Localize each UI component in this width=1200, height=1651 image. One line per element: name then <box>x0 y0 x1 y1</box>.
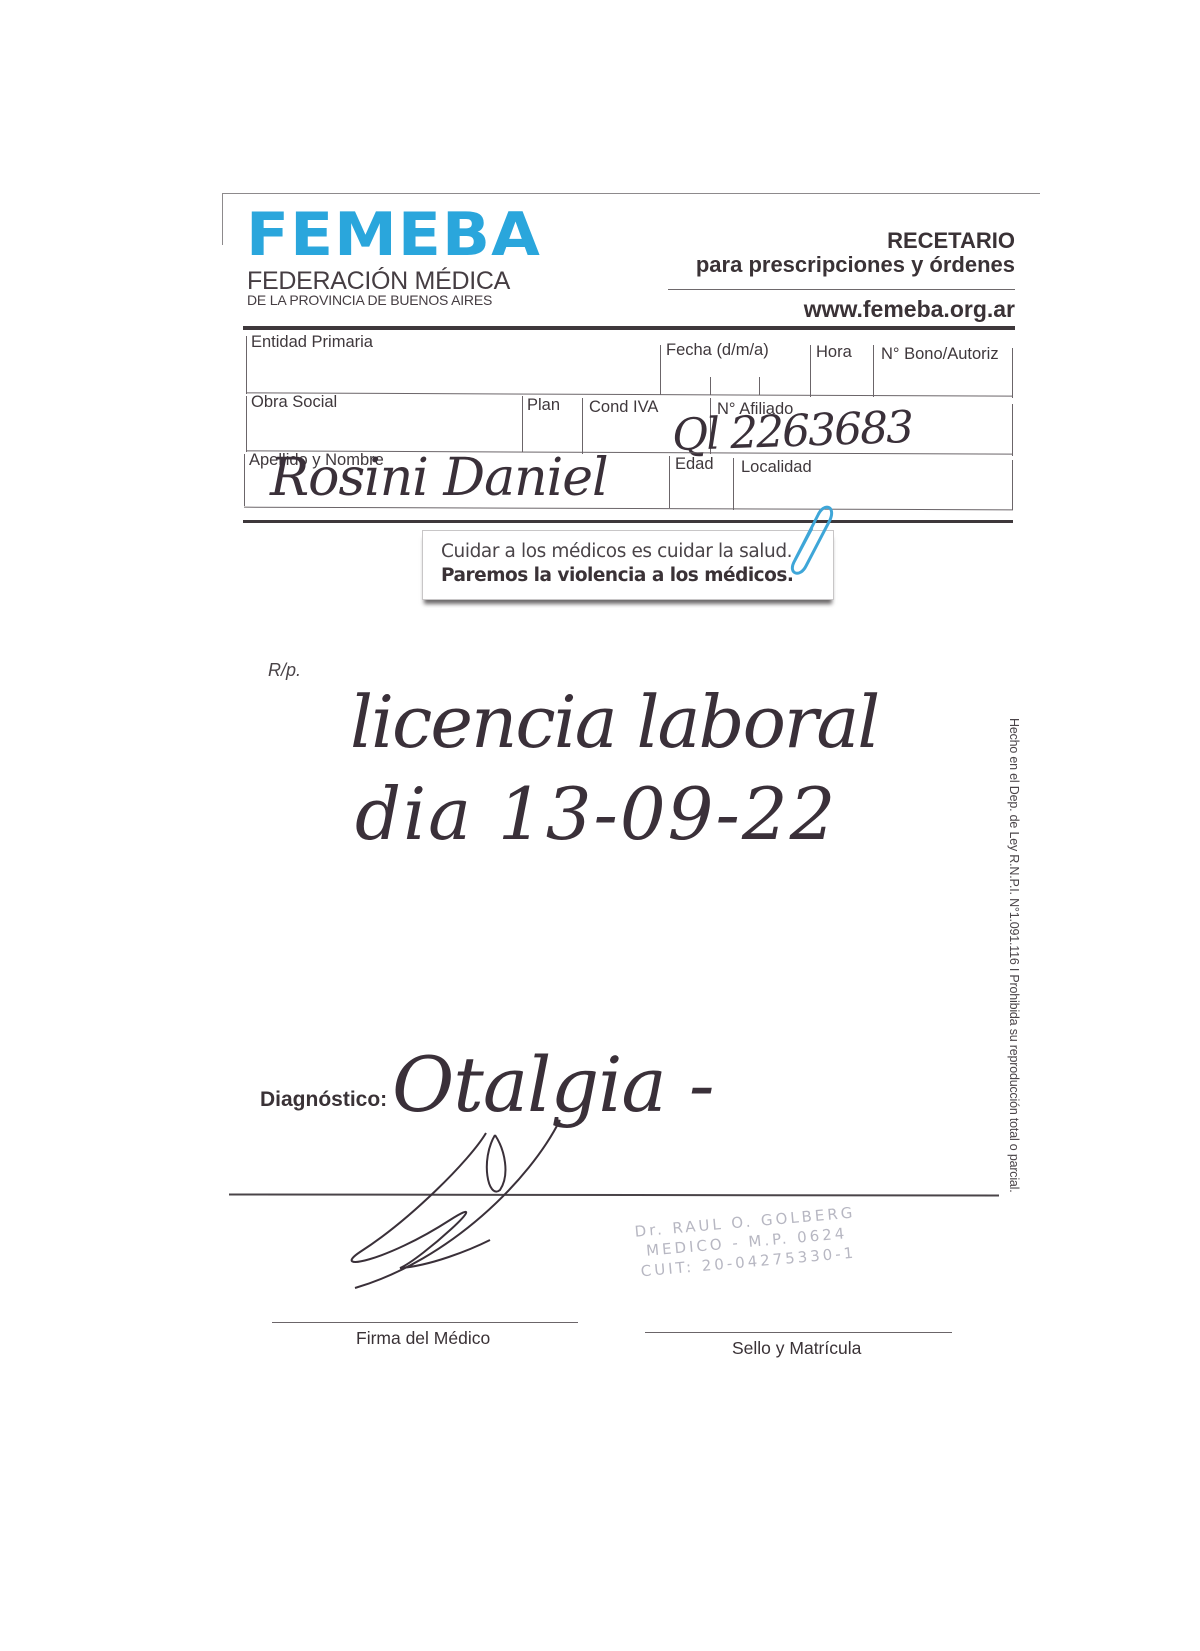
signature-line <box>272 1322 578 1323</box>
seal-line <box>645 1332 952 1333</box>
seal-label: Sello y Matrícula <box>732 1338 861 1359</box>
legal-side-note: Hecho en el Dep. de Ley R.N.P.I. N°1.091… <box>1007 718 1021 1193</box>
paperclip-icon <box>792 507 831 573</box>
signature-label: Firma del Médico <box>356 1328 490 1349</box>
